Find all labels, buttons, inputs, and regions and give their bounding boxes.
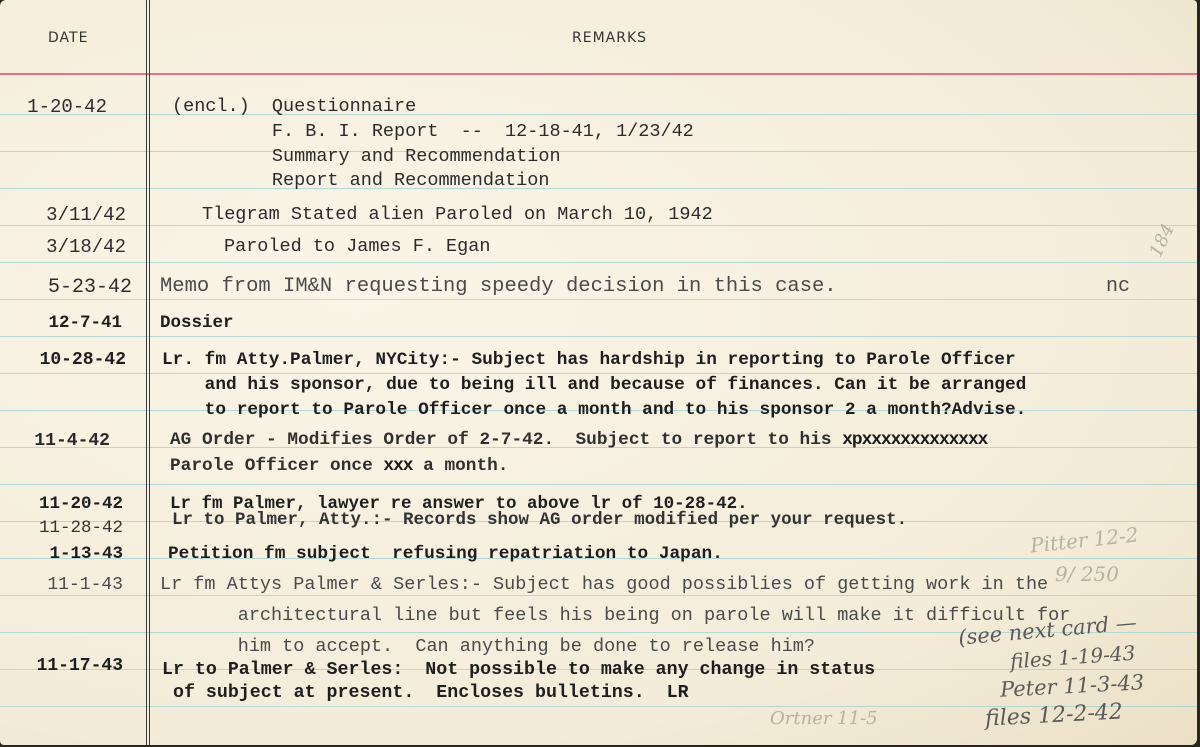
entry-remark-line: Lr to Palmer & Serles: Not possible to m… [162,660,875,680]
entry-remark-line: (encl.) Questionnaire [172,96,416,117]
entry-remark-line: architectural line but feels his being o… [160,605,1070,626]
pencil-faint-note: Ortner 11-5 [770,708,878,729]
remarks-column-header: REMARKS [572,30,647,46]
pencil-note: files 12-2-42 [984,699,1123,731]
struck-out-text: xpxxxxxxxxxxxxx [842,430,987,450]
rule-line [0,373,1197,374]
entry-date: 1-20-42 [12,96,107,118]
rule-line [0,336,1197,337]
remark-text: Parole Officer once [170,456,383,476]
entry-remark-line: Lr. fm Atty.Palmer, NYCity:- Subject has… [162,350,1016,370]
remark-text: AG Order - Modifies Order of 2-7-42. Sub… [170,430,842,450]
entry-date: 10-28-42 [12,350,126,370]
entry-date: 11-28-42 [12,518,123,538]
entry-remark-line: Report and Recommendation [172,170,549,191]
column-divider [149,0,150,745]
rule-line [0,225,1197,226]
entry-date: 12-7-41 [12,313,122,333]
entry-remark-line: F. B. I. Report -- 12-18-41, 1/23/42 [172,121,694,142]
entry-date: 5-23-42 [12,276,132,299]
index-card: DATE REMARKS 1-20-42 (encl.) Questionnai… [0,0,1197,745]
header-rule-red [0,73,1197,75]
rule-line [0,299,1197,300]
entry-remark-line: him to accept. Can anything be done to r… [160,636,815,657]
column-divider [146,0,147,745]
entry-remark-line: Memo from IM&N requesting speedy decisio… [160,275,837,298]
date-column-header: DATE [48,30,88,46]
entry-remark-line: of subject at present. Encloses bulletin… [162,683,689,703]
rule-line [0,595,1197,596]
entry-date: 11-17-43 [12,656,123,676]
entry-date: 3/11/42 [12,204,126,226]
entry-remark-line: and his sponsor, due to being ill and be… [162,375,1026,395]
entry-date: 3/18/42 [12,236,126,258]
entry-remark-line: Paroled to James F. Egan [224,236,490,257]
entry-remark-line: AG Order - Modifies Order of 2-7-42. Sub… [170,430,987,450]
entry-remark-line: Summary and Recommendation [172,146,561,167]
entry-note: nc [1106,275,1130,298]
pencil-margin-note: 184 [1145,220,1179,260]
entry-remark-line: Lr fm Attys Palmer & Serles:- Subject ha… [160,574,1048,595]
entry-date: 1-13-43 [12,544,123,564]
entry-date: 11-4-42 [12,431,110,451]
entry-date: 11-1-43 [12,575,123,595]
entry-remark-line: Dossier [160,313,234,333]
struck-out-text: xxx [383,456,412,476]
rule-line [0,262,1197,263]
pencil-faint-note: 9/ 250 [1055,562,1119,586]
entry-remark-line: Tlegram Stated alien Paroled on March 10… [202,204,713,225]
remark-text: a month. [412,456,508,476]
entry-remark-line: Lr to Palmer, Atty.:- Records show AG or… [172,510,907,530]
pencil-faint-note: Pitter 12-2 [1029,522,1140,557]
entry-remark-line: Parole Officer once xxx a month. [170,456,508,476]
entry-remark-line: Petition fm subject refusing repatriatio… [168,544,723,564]
pencil-note: Peter 11-3-43 [999,670,1144,702]
entry-remark-line: to report to Parole Officer once a month… [162,400,1026,420]
rule-line [0,484,1197,485]
entry-date: 11-20-42 [12,494,123,514]
